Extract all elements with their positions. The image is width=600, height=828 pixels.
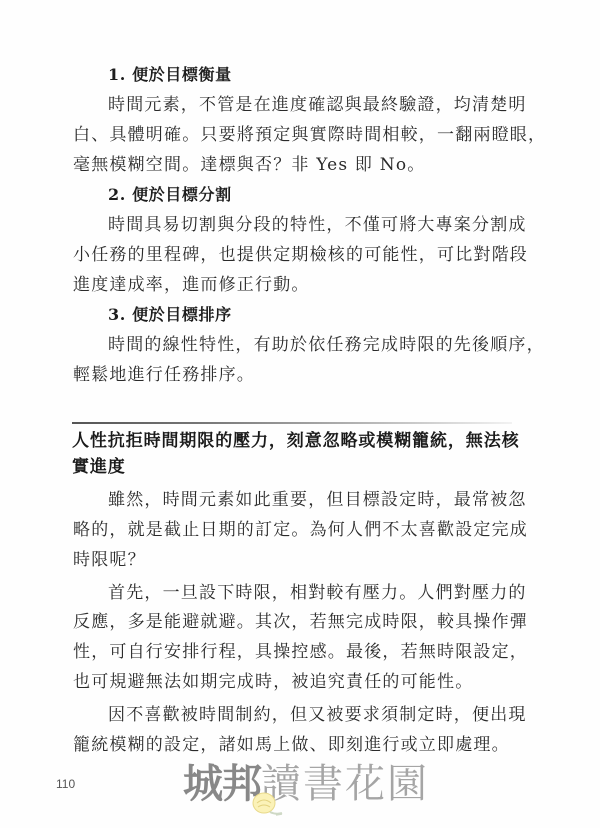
body-line: 輕鬆地進行任務排序。	[73, 364, 255, 386]
body-line: 白、具體明確。只要將預定與實際時間相較，一翻兩瞪眼，	[73, 124, 546, 146]
body-line: 小任務的里程碑，也提供定期檢核的可能性，可比對階段	[73, 244, 528, 266]
body-line: 性，可自行安排行程，具操控感。最後，若無時限設定，	[73, 641, 528, 663]
body-line: 進度達成率，進而修正行動。	[73, 274, 310, 296]
body-line: 籠統模糊的設定，諸如馬上做、即刻進行或立即處理。	[73, 734, 510, 756]
body-line: 毫無模糊空間。達標與否？非 Yes 即 No。	[73, 154, 425, 176]
body-line: 時間元素，不管是在進度確認與最終驗證，均清楚明	[108, 94, 527, 116]
body-line: 因不喜歡被時間制約，但又被要求須制定時，便出現	[108, 704, 527, 726]
page-number: 110	[56, 777, 75, 791]
subheading-2: 2. 便於目標分割	[108, 184, 232, 206]
subheading-1: 1. 便於目標衡量	[108, 64, 232, 86]
watermark-name: 讀書花園	[261, 761, 429, 807]
section-title-line: 實進度	[72, 455, 126, 479]
snail-icon	[250, 790, 286, 822]
book-page: 1. 便於目標衡量 時間元素，不管是在進度確認與最終驗證，均清楚明 白、具體明確…	[0, 0, 600, 828]
body-line: 時間具易切割與分段的特性，不僅可將大專案分割成	[108, 214, 527, 236]
section-divider	[72, 422, 512, 424]
body-line: 反應，多是能避就避。其次，若無完成時限，較具操作彈	[73, 611, 528, 633]
body-line: 首先，一旦設下時限，相對較有壓力。人們對壓力的	[108, 582, 527, 604]
body-line: 時間的線性特性，有助於依任務完成時限的先後順序，	[108, 334, 545, 356]
body-line: 時限呢？	[73, 549, 146, 571]
body-line: 也可規避無法如期完成時，被追究責任的可能性。	[73, 671, 473, 693]
subheading-3: 3. 便於目標排序	[108, 304, 232, 326]
section-title-line: 人性抗拒時間期限的壓力，刻意忽略或模糊籠統，無法核	[72, 429, 520, 453]
watermark-logo: 城邦讀書花園	[183, 762, 429, 806]
body-line: 略的，就是截止日期的訂定。為何人們不太喜歡設定完成	[73, 519, 528, 541]
body-line: 雖然，時間元素如此重要，但目標設定時，最常被忽	[108, 489, 527, 511]
